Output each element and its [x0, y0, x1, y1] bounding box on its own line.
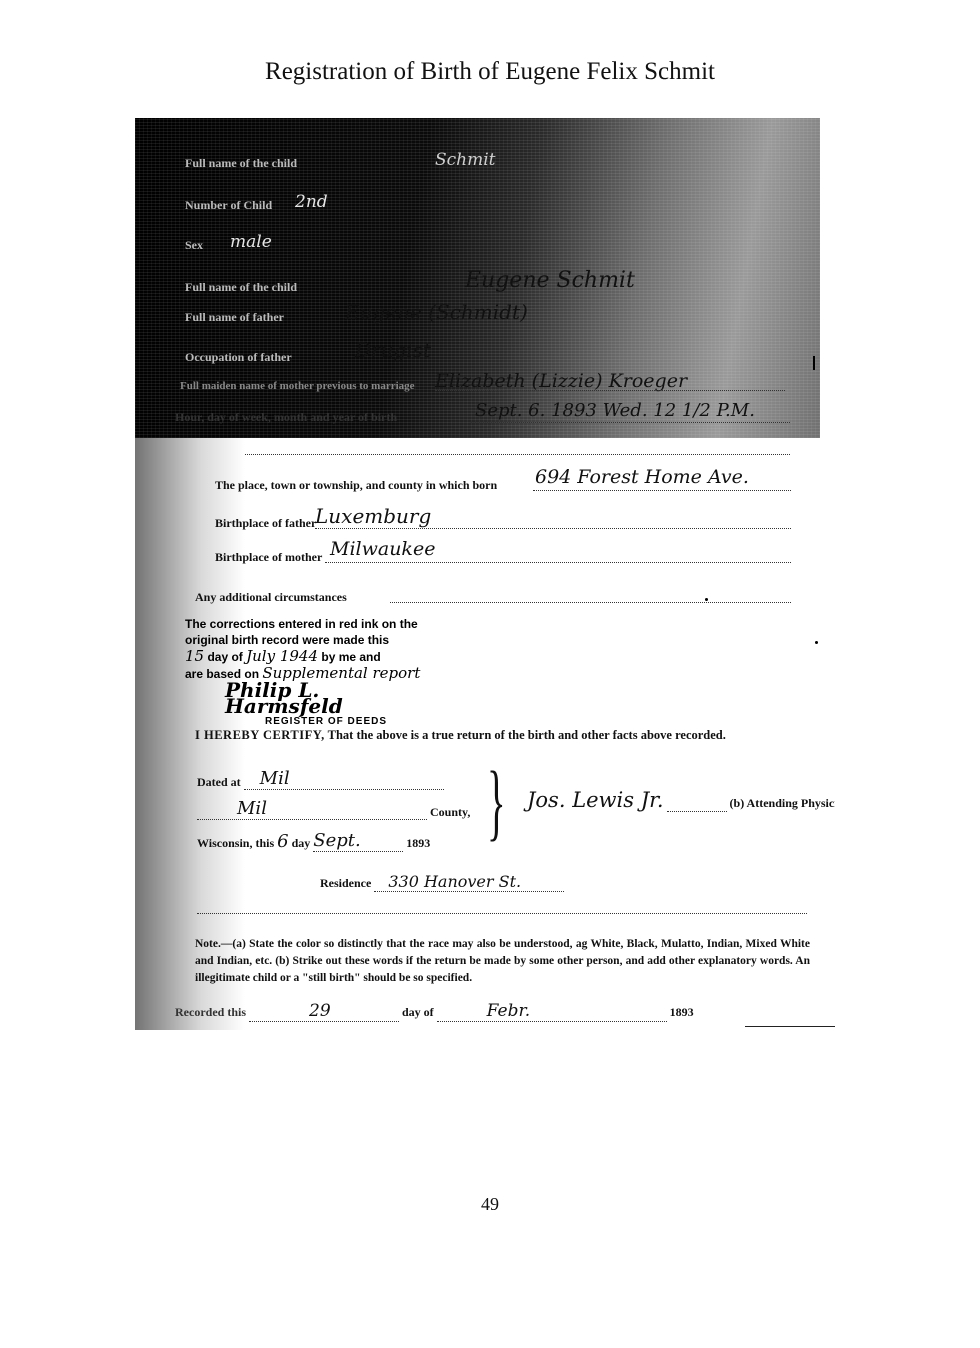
page-title: Registration of Birth of Eugene Felix Sc… [0, 58, 980, 86]
row-child-full-name: Full name of the child Eugene Schmit [135, 276, 820, 298]
field-value: Drugist [355, 338, 431, 362]
year-value: 1893 [406, 836, 430, 850]
scan-mark [705, 598, 708, 601]
brace: } [487, 758, 506, 844]
county-value: Mil [237, 798, 267, 819]
month-value: Sept. [313, 830, 360, 851]
row-child-name-top: Full name of the child Schmit [135, 152, 820, 174]
field-label: Any additional circumstances [195, 590, 347, 605]
field-value: male [230, 232, 272, 252]
stamp-day: 15 [185, 647, 204, 665]
birth-record-scan: Full name of the child Schmit Number of … [135, 118, 835, 1030]
field-value: 2nd [295, 192, 328, 212]
wisconsin-date-line: Wisconsin, this 6 day Sept. 1893 [197, 830, 430, 852]
physician-label: (b) Attending Physician. [730, 796, 835, 810]
scan-mark [815, 641, 818, 644]
correction-stamp: The corrections entered in red ink on th… [185, 616, 425, 730]
recorded-day: 29 [309, 1001, 331, 1021]
field-label: Full name of the child [185, 280, 297, 295]
field-value: Eugene (Schmidt) [345, 300, 528, 324]
divider [135, 440, 820, 462]
physician-signature: Jos. Lewis Jr. [527, 788, 664, 812]
separator-line [197, 913, 807, 914]
row-mother-maiden-name: Full maiden name of mother previous to m… [135, 376, 820, 398]
row-mother-birthplace: Birthplace of mother Milwaukee [135, 546, 820, 568]
day-value: 6 [277, 831, 288, 852]
row-father-birthplace: Birthplace of father Luxemburg [135, 512, 820, 534]
field-label: Occupation of father [185, 350, 292, 365]
field-label: Hour, day of week, month and year of bir… [175, 410, 397, 425]
field-value: Eugene Schmit [465, 268, 635, 293]
page-number: 49 [0, 1194, 980, 1215]
field-label: Number of Child [185, 198, 272, 213]
register-signature: Philip L. Harmsfeld [225, 682, 425, 714]
stamp-month-year: July 1944 [246, 647, 318, 665]
field-label: Birthplace of mother [215, 550, 322, 565]
certification-statement: I HEREBY CERTIFY, That the above is a tr… [195, 728, 726, 743]
stamp-line-2: original birth record were made this [185, 632, 425, 648]
field-label: Full name of the child [185, 156, 297, 171]
row-additional-circumstances: Any additional circumstances [135, 586, 820, 608]
dated-at-line: Dated at Mil [197, 768, 444, 790]
field-label: Birthplace of father [215, 516, 316, 531]
instructions-note: Note.—(a) State the color so distinctly … [195, 936, 810, 987]
residence-value: 330 Hanover St. [388, 872, 521, 891]
row-birth-place: The place, town or township, and county … [135, 474, 820, 496]
recorded-line: Recorded this 29 day of Febr. 1893 [175, 1001, 820, 1022]
bottom-rule [745, 1026, 835, 1027]
field-label: The place, town or township, and county … [215, 478, 497, 493]
field-value: Schmit [435, 150, 496, 170]
field-label: Sex [185, 238, 203, 253]
scan-mark [813, 356, 815, 370]
dated-block: Dated at Mil Mil County, Wisconsin, this… [197, 758, 817, 868]
recorded-month: Febr. [487, 1001, 530, 1021]
row-father-occupation: Occupation of father Drugist [135, 346, 820, 368]
county-line: Mil County, [197, 798, 470, 820]
dated-at-value: Mil [260, 768, 290, 789]
row-sex: Sex male [135, 234, 820, 256]
field-label: Full name of father [185, 310, 284, 325]
stamp-line-3: 15 day of July 1944 by me and [185, 648, 425, 665]
recorded-year: 1893 [670, 1005, 694, 1019]
row-child-number: Number of Child 2nd [135, 194, 820, 216]
row-birth-time: Hour, day of week, month and year of bir… [135, 406, 820, 428]
physician-line: Jos. Lewis Jr. (b) Attending Physician. [527, 788, 835, 812]
field-label: Full maiden name of mother previous to m… [180, 380, 415, 392]
stamp-line-1: The corrections entered in red ink on th… [185, 616, 425, 632]
residence-line: Residence 330 Hanover St. [320, 872, 564, 892]
row-father-name: Full name of father Eugene (Schmidt) [135, 306, 820, 328]
